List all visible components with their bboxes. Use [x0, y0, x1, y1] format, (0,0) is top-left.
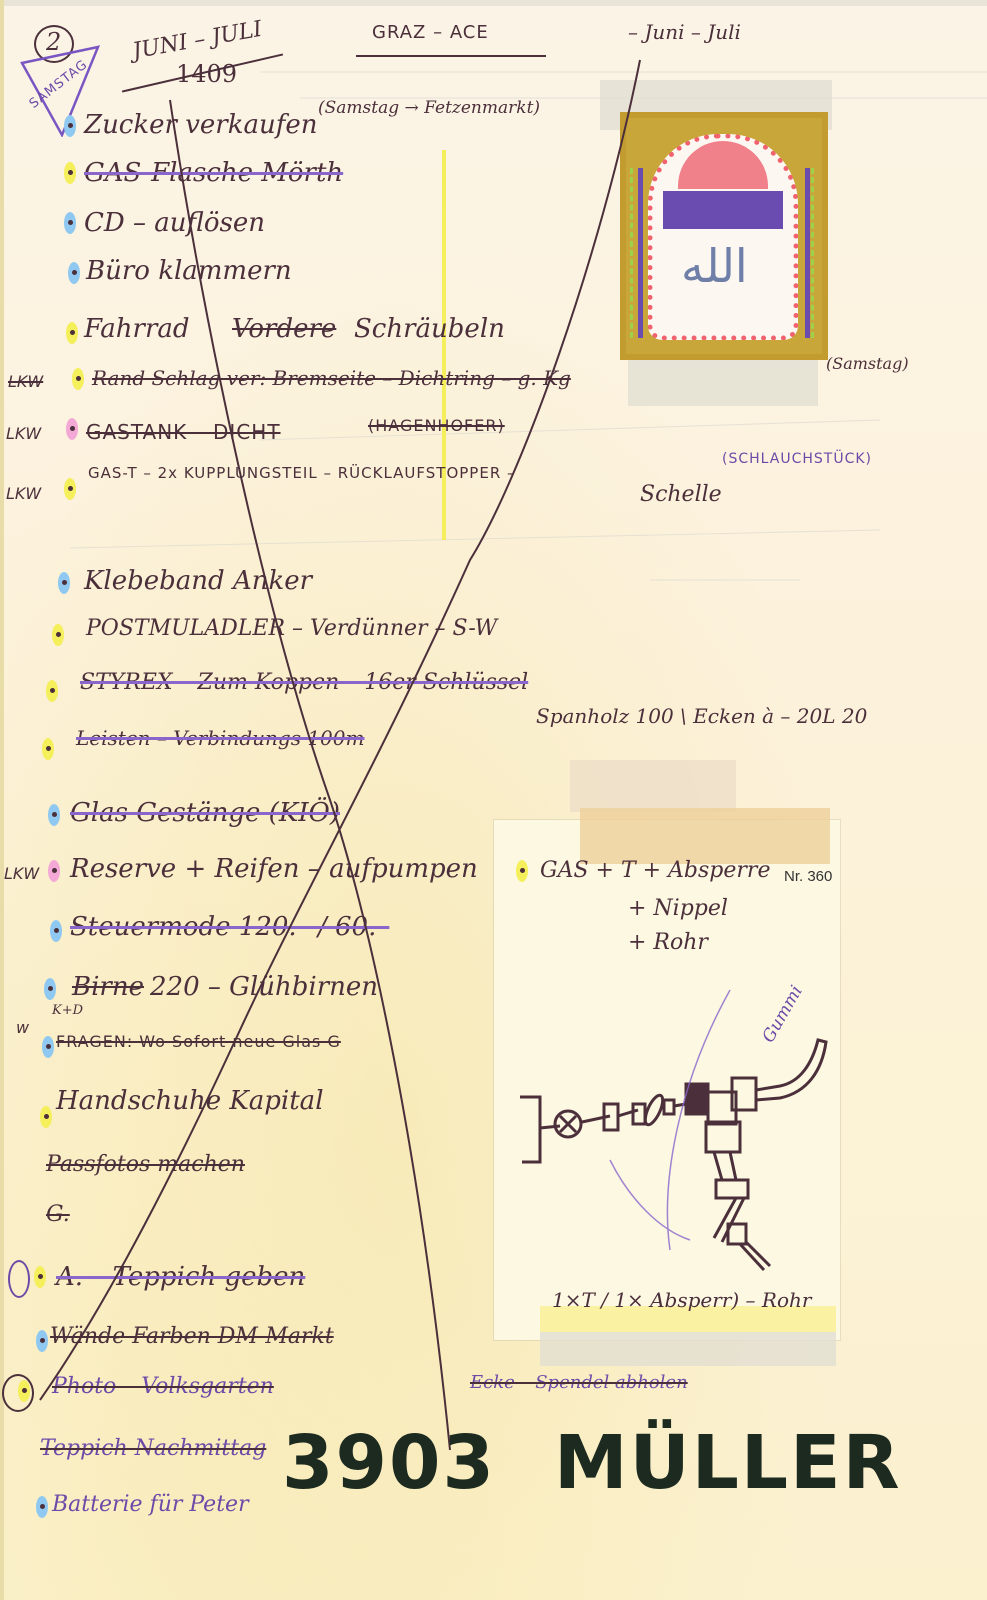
label-number: 3903 — [282, 1426, 496, 1500]
label-name: MÜLLER — [554, 1426, 902, 1500]
large-x-strikethrough — [0, 0, 987, 1600]
